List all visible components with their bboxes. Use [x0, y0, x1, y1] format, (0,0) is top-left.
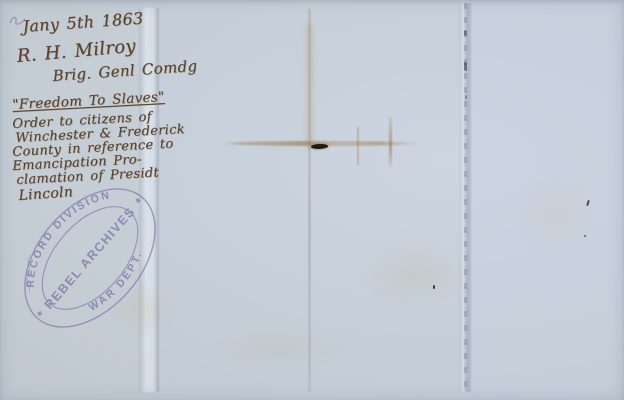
paper-discoloration: [340, 230, 490, 320]
fold-speck: [464, 62, 467, 71]
paper-panel-right: [470, 3, 613, 392]
fold-crease-middle: [308, 9, 311, 392]
handwriting-line-date: Jany 5th 1863: [22, 9, 144, 36]
vertical-stain: [357, 127, 359, 165]
dark-speck: [584, 235, 586, 237]
dark-speck: [433, 285, 435, 289]
fold-crease-right-line: [464, 3, 467, 392]
vertical-stain: [389, 117, 392, 167]
dark-speck: [586, 200, 590, 206]
fold-crease-right: [459, 3, 472, 392]
scan-background: Jany 5th 1863 R. H. Milroy Brig. Genl Co…: [0, 0, 624, 400]
fold-stain: [306, 24, 313, 149]
stamp-star-icon: *: [34, 307, 49, 321]
paper-discoloration: [500, 150, 610, 280]
paper-discoloration: [180, 318, 380, 378]
fold-speck: [464, 30, 467, 36]
document-paper: Jany 5th 1863 R. H. Milroy Brig. Genl Co…: [0, 0, 624, 400]
ink-blot: [311, 144, 328, 150]
horizontal-stain-line: [222, 141, 422, 146]
fold-speck: [465, 95, 467, 99]
